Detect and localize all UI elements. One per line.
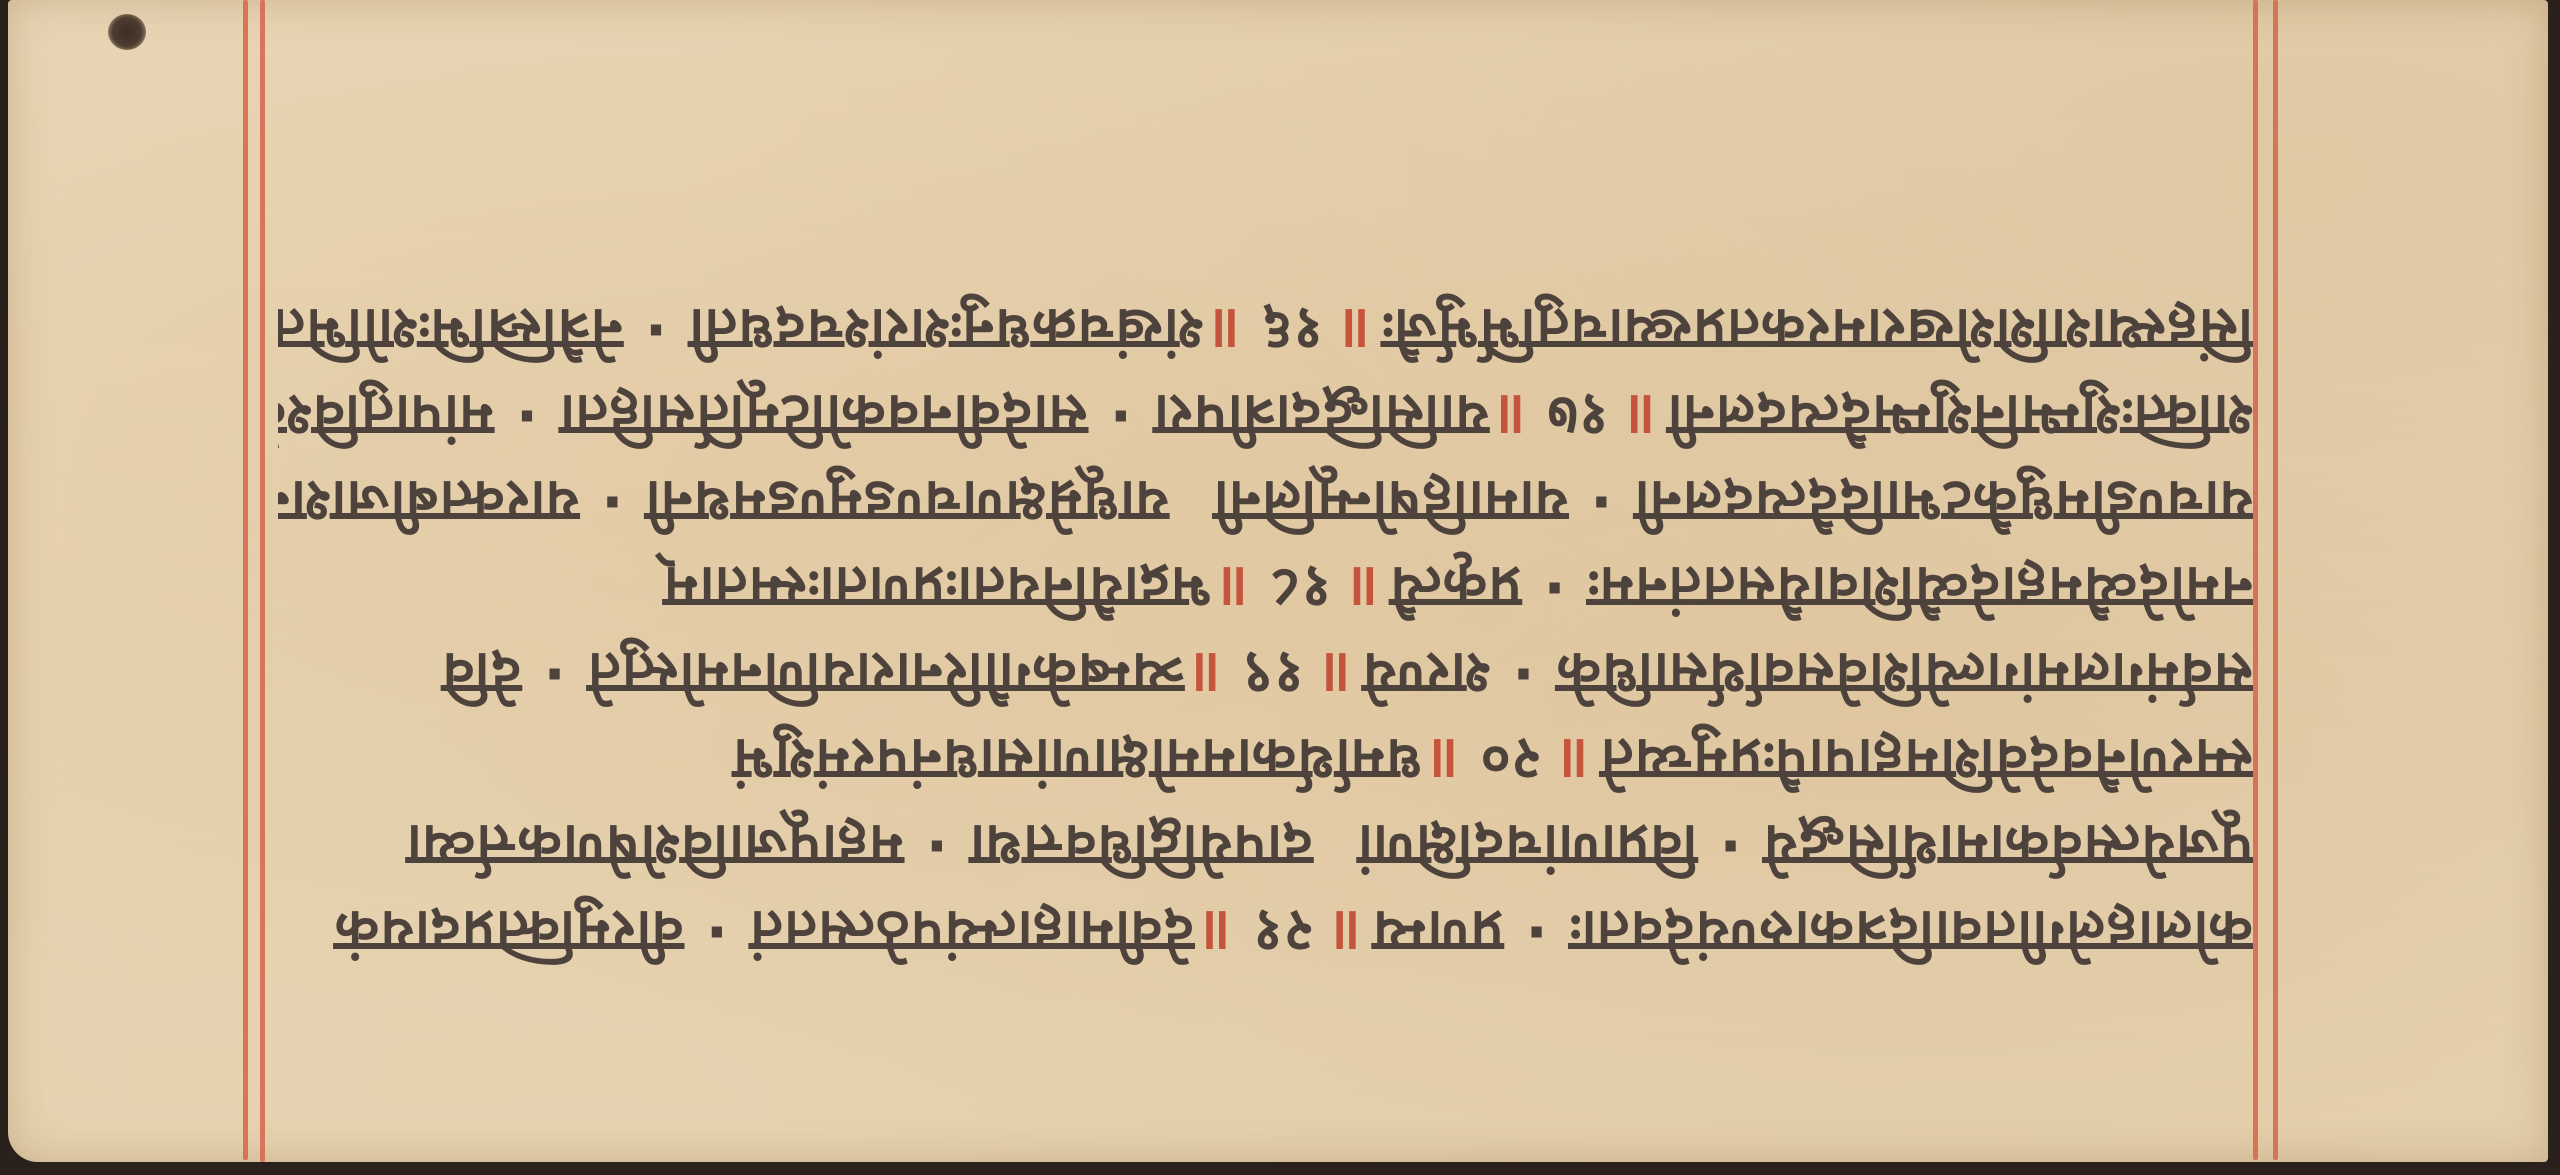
text-line-2: पूजयेत्सर्वकामार्थसिद्धये · विप्राणांचदक… xyxy=(278,803,2253,889)
danda-rubric: ॥ xyxy=(1324,898,1372,966)
text-line-6: याचण्डीमधुकैटभादिदैत्यदलनी · यामाहिषोन्म… xyxy=(278,459,2253,545)
verse-number: १७ xyxy=(1537,382,1619,450)
danda-rubric: ॥ xyxy=(1212,554,1260,622)
text-line-3: स्मरणेनैवदेवेशिमहापापैःप्रमुच्यते॥२०॥धर्… xyxy=(278,717,2253,803)
margin-rule-right-inner xyxy=(2253,0,2258,1160)
danda-rubric: ॥ xyxy=(1333,296,1381,364)
danda-rubric: ॥ xyxy=(1489,382,1537,450)
danda-rubric: ॥ xyxy=(1342,554,1390,622)
text-line-1: कोलाहलेगीतवादित्रकारुण्यंदेवताः · प्रणम्… xyxy=(278,889,2253,975)
margin-rule-right-outer xyxy=(2273,0,2278,1160)
danda-rubric: ॥ xyxy=(1314,640,1362,708)
danda-rubric: ॥ xyxy=(1422,726,1470,794)
text-line-5: नमोदेव्यैमहादेव्यैशिवायैसततंनमः · प्रकृत… xyxy=(278,545,2253,631)
verse-number: २० xyxy=(1470,726,1552,794)
margin-rule-left-inner xyxy=(260,0,265,1162)
verse-number: १८ xyxy=(1259,554,1341,622)
margin-rule-left-outer xyxy=(243,0,248,1160)
verse-number: २१ xyxy=(1242,898,1324,966)
danda-rubric: ॥ xyxy=(1184,640,1232,708)
text-block: कोलाहलेगीतवादित्रकारुण्यंदेवताः · प्रणम्… xyxy=(278,195,2253,975)
text-line-7: शक्तिःशुम्भनिशुम्भदैत्यदलनी॥१७॥यासिद्धिद… xyxy=(278,373,2253,459)
manuscript-folio: कोलाहलेगीतवादित्रकारुण्यंदेवताः · प्रणम्… xyxy=(8,0,2548,1162)
danda-rubric: ॥ xyxy=(1194,898,1242,966)
ink-stain xyxy=(108,14,146,50)
verse-number: १९ xyxy=(1232,640,1314,708)
verse-number: १६ xyxy=(1251,296,1333,364)
text-line-4: सर्वमंगलमांगल्येशिवेसर्वार्थसाधिके · शरण… xyxy=(278,631,2253,717)
danda-rubric: ॥ xyxy=(1552,726,1600,794)
danda-rubric: ॥ xyxy=(1203,296,1251,364)
danda-rubric: ॥ xyxy=(1619,382,1667,450)
text-line-8: सिंहस्थाशशिशेखरामरकतप्रख्याचतुर्भिर्भुजै… xyxy=(278,287,2253,373)
